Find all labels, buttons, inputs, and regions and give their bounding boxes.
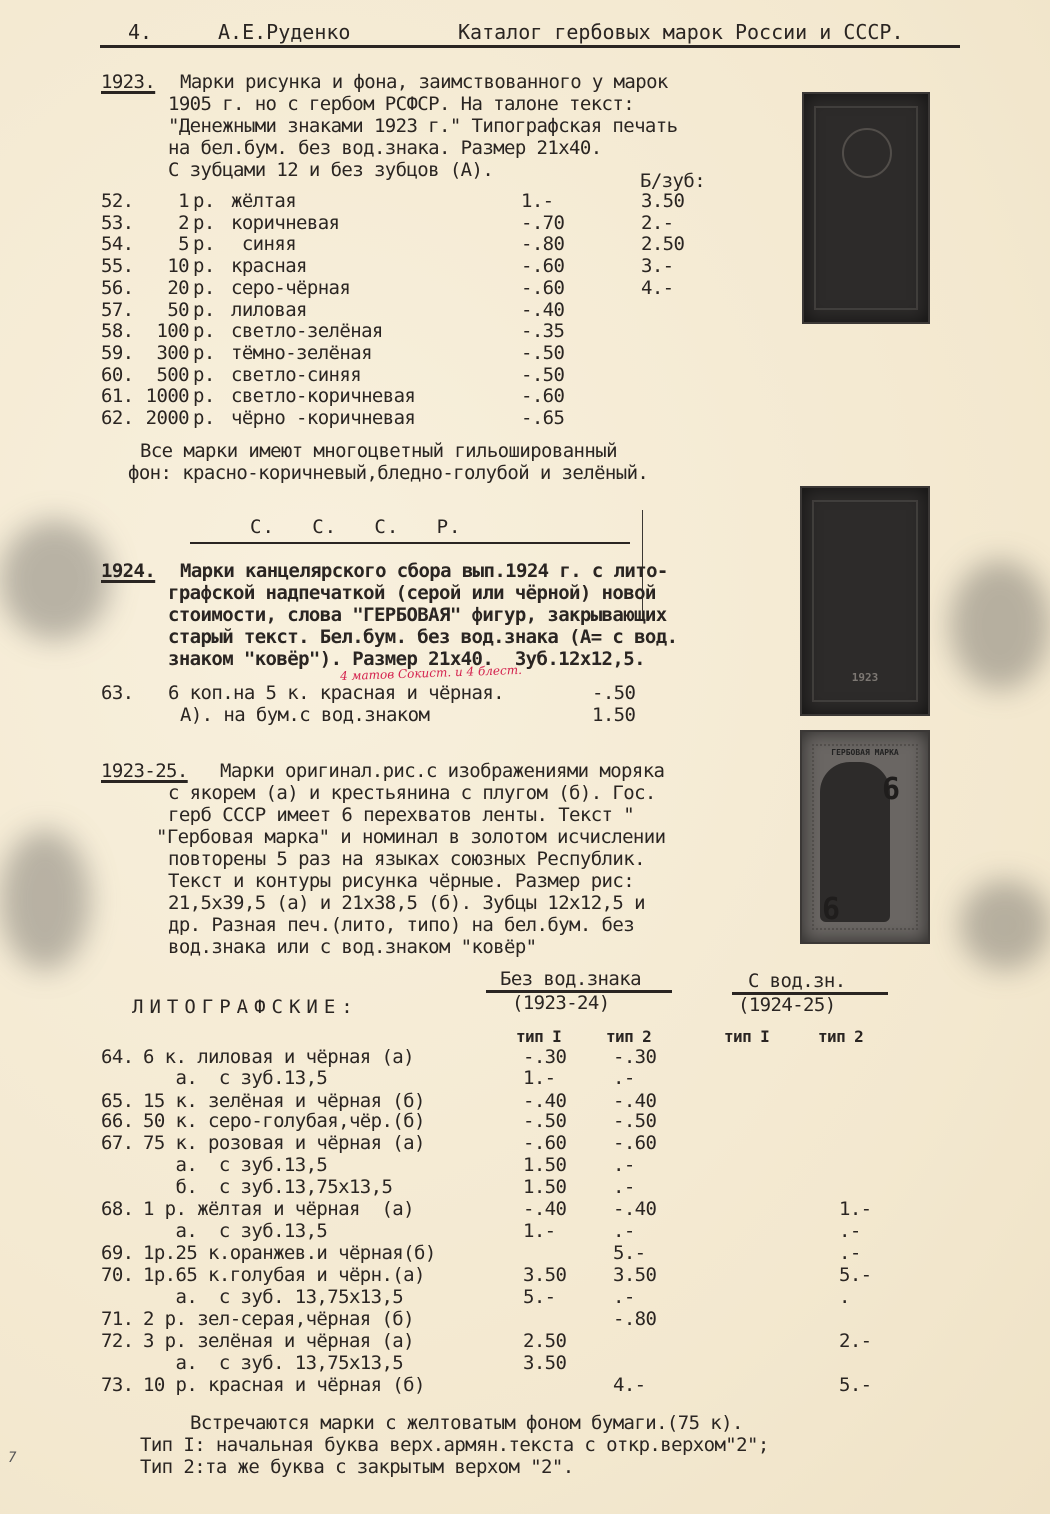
section-1923-25-description-cont: с якорем (а) и крестьянина с плугом (б).…	[168, 782, 656, 826]
section-1923-25-description-cont3: повторены 5 раз на языках союзных Респуб…	[168, 848, 645, 958]
item-unit: р.	[193, 212, 215, 234]
price-no-wmk-type1: 5.-	[523, 1286, 556, 1308]
item-color: чёрно -коричневая	[231, 407, 415, 429]
description-line: 1905 г. но с гербом РСФСР. На талоне тек…	[168, 93, 677, 115]
item-unit: р.	[193, 342, 215, 364]
group-no-watermark-years: (1923-24)	[512, 992, 610, 1014]
price-imperforate: 3.-	[641, 255, 674, 277]
price-no-wmk-type2: 5.-	[613, 1242, 646, 1264]
row-description: 1р.25 к.оранжев.и чёрная(б)	[143, 1242, 436, 1264]
price-no-wmk-type2: .-	[613, 1067, 635, 1089]
description-line: герб СССР имеет 6 перехватов ленты. Текс…	[168, 804, 656, 826]
price-imperforate: 2.-	[641, 212, 674, 234]
section-1923-description: Марки рисунка и фона, заимствованного у …	[180, 71, 668, 93]
price-no-wmk-type2: -.80	[613, 1308, 656, 1330]
item-color: жёлтая	[231, 190, 296, 212]
item-unit: р.	[193, 407, 215, 429]
price-no-wmk-type2: 3.50	[613, 1264, 656, 1286]
price-no-wmk-type1: 3.50	[523, 1352, 566, 1374]
scan-smudge	[0, 830, 90, 970]
price-perforated: -.80	[521, 233, 564, 255]
row-description: а. с зуб. 13,75х13,5	[143, 1352, 403, 1374]
item-unit: р.	[193, 299, 215, 321]
row-number: 72.	[101, 1330, 134, 1352]
row-description: 1 р. жёлтая и чёрная (а)	[143, 1198, 414, 1220]
price-perforated: -.70	[521, 212, 564, 234]
description-line: "Денежными знаками 1923 г." Типографская…	[168, 115, 677, 137]
price-imperforate: 4.-	[641, 277, 674, 299]
section-year-1923-25: 1923-25.	[101, 760, 188, 782]
page-title: Каталог гербовых марок России и СССР.	[458, 20, 904, 44]
item-denomination: 500	[129, 364, 189, 386]
price-no-wmk-type1: 2.50	[523, 1330, 566, 1352]
description-line: с якорем (а) и крестьянина с плугом (б).…	[168, 782, 656, 804]
price-perforated: -.40	[521, 299, 564, 321]
row-number: 68.	[101, 1198, 134, 1220]
item-color: коричневая	[231, 212, 339, 234]
group-watermark-title: С вод.зн.	[748, 970, 846, 992]
price-no-wmk-type2: -.30	[613, 1046, 656, 1068]
stamp-caption: ГЕРБОВАЯ МАРКА	[816, 748, 914, 757]
scan-smudge	[960, 880, 1050, 970]
row-number: 65.	[101, 1090, 134, 1112]
price-no-wmk-type1: 1.-	[523, 1220, 556, 1242]
item-description: 6 коп.на 5 к. красная и чёрная.	[168, 682, 504, 704]
description-line: повторены 5 раз на языках союзных Респуб…	[168, 848, 645, 870]
description-line: старый текст. Бел.бум. без вод.знака (А=…	[168, 626, 677, 648]
item-denomination: 10	[129, 255, 189, 277]
row-description: 75 к. розовая и чёрная (а)	[143, 1132, 425, 1154]
price-perforated: -.60	[521, 255, 564, 277]
row-description: б. с зуб.13,75х13,5	[143, 1176, 392, 1198]
row-number: 73.	[101, 1374, 134, 1396]
item-description: А). на бум.с вод.знаком	[180, 704, 429, 726]
price-wmk-type2: .-	[839, 1220, 861, 1242]
description-line: Марки рисунка и фона, заимствованного у …	[180, 71, 668, 93]
price-perforated: 1.-	[521, 190, 554, 212]
item-denomination: 1	[129, 190, 189, 212]
footnote: Тип 2:та же буква с закрытым верхом "2".	[140, 1456, 574, 1478]
item-denomination: 50	[129, 299, 189, 321]
row-number: 69.	[101, 1242, 134, 1264]
description-line: вод.знака или с вод.знаком "ковёр"	[168, 936, 645, 958]
description-line: графской надпечаткой (серой или чёрной) …	[168, 582, 677, 604]
row-description: 6 к. лиловая и чёрная (а)	[143, 1046, 414, 1068]
stamp-value: 6	[822, 892, 840, 927]
item-denomination: 20	[129, 277, 189, 299]
stamp-image-1923	[802, 92, 930, 324]
footnote: Тип I: начальная буква верх.армян.текста…	[140, 1434, 769, 1456]
price-no-wmk-type2: -.50	[613, 1110, 656, 1132]
price-no-wmk-type1: 3.50	[523, 1264, 566, 1286]
author: А.Е.Руденко	[218, 20, 350, 44]
row-description: 1р.65 к.голубая и чёрн.(а)	[143, 1264, 425, 1286]
price-no-wmk-type1: 1.50	[523, 1176, 566, 1198]
scan-smudge	[0, 520, 110, 640]
row-description: а. с зуб.13,5	[143, 1154, 327, 1176]
row-number: 67.	[101, 1132, 134, 1154]
note-line: фон: красно-коричневый,бледно-голубой и …	[128, 462, 648, 484]
price-no-wmk-type2: -.40	[613, 1198, 656, 1220]
price-perforated: -.35	[521, 320, 564, 342]
price-perforated: -.60	[521, 385, 564, 407]
page-number: 4.	[128, 20, 152, 44]
row-description: а. с зуб. 13,75х13,5	[143, 1286, 403, 1308]
item-denomination: 2000	[129, 407, 189, 429]
imperf-header: Б/зуб:	[640, 170, 705, 192]
description-line: Марки оригинал.рис.с изображениями моряк…	[220, 760, 664, 782]
item-unit: р.	[193, 385, 215, 407]
price-perforated: -.50	[521, 364, 564, 386]
item-number: 63.	[101, 682, 134, 704]
type-header: тип I	[516, 1026, 561, 1048]
item-color: серо-чёрная	[231, 277, 350, 299]
price-no-wmk-type2: -.60	[613, 1132, 656, 1154]
group-watermark-years: (1924-25)	[738, 994, 836, 1016]
price-perforated: -.60	[521, 277, 564, 299]
coat-of-arms-icon	[842, 128, 892, 178]
litho-label: ЛИТОГРАФСКИЕ:	[132, 996, 359, 1018]
price-no-wmk-type2: .-	[613, 1286, 635, 1308]
item-color: лиловая	[231, 299, 307, 321]
row-description: 3 р. зелёная и чёрная (а)	[143, 1330, 414, 1352]
item-denomination: 5	[129, 233, 189, 255]
price-no-wmk-type1: -.50	[523, 1110, 566, 1132]
note-line: Все марки имеют многоцветный гильоширова…	[140, 440, 617, 462]
row-number: 71.	[101, 1308, 134, 1330]
item-unit: р.	[193, 190, 215, 212]
row-description: 50 к. серо-голубая,чёр.(б)	[143, 1110, 425, 1132]
item-unit: р.	[193, 255, 215, 277]
price-no-wmk-type2: .-	[613, 1176, 635, 1198]
section-1924-description-cont: графской надпечаткой (серой или чёрной) …	[168, 582, 677, 670]
item-color: тёмно-зелёная	[231, 342, 372, 364]
price-no-wmk-type1: -.40	[523, 1090, 566, 1112]
item-unit: р.	[193, 233, 215, 255]
type-header: тип 2	[818, 1026, 863, 1048]
section-year-1924: 1924.	[101, 560, 155, 582]
description-line: Марки канцелярского сбора вып.1924 г. с …	[180, 560, 668, 582]
price-no-wmk-type2: .-	[613, 1220, 635, 1242]
row-description: а. с зуб.13,5	[143, 1220, 327, 1242]
item-denomination: 2	[129, 212, 189, 234]
type-header: тип 2	[606, 1026, 651, 1048]
item-color: светло-зелёная	[231, 320, 383, 342]
price-wmk-type2: 5.-	[839, 1374, 872, 1396]
ussr-heading-rule	[190, 542, 630, 544]
item-denomination: 300	[129, 342, 189, 364]
type-header: тип I	[724, 1026, 769, 1048]
price-wmk-type2: 1.-	[839, 1198, 872, 1220]
price-no-wmk-type2: 4.-	[613, 1374, 646, 1396]
footnote: Встречаются марки с желтоватым фоном бум…	[190, 1412, 743, 1434]
item-unit: р.	[193, 277, 215, 299]
description-line: 21,5х39,5 (а) и 21х38,5 (б). Зубцы 12х12…	[168, 892, 645, 914]
description-line: др. Разная печ.(лито, типо) на бел.бум. …	[168, 914, 645, 936]
price-wmk-type2: .	[839, 1286, 850, 1308]
price-perforated: -.65	[521, 407, 564, 429]
section-year-1923: 1923.	[101, 71, 155, 93]
section-1923-note-cont: фон: красно-коричневый,бледно-голубой и …	[128, 462, 648, 484]
item-color: красная	[231, 255, 307, 277]
row-description: 10 р. красная и чёрная (б)	[143, 1374, 425, 1396]
item-color: светло-коричневая	[231, 385, 415, 407]
price-no-wmk-type1: -.40	[523, 1198, 566, 1220]
row-description: 2 р. зел-серая,чёрная (б)	[143, 1308, 414, 1330]
price-no-wmk-type1: 1.-	[523, 1067, 556, 1089]
price-imperforate: 3.50	[641, 190, 684, 212]
section-1923-25-description: Марки оригинал.рис.с изображениями моряк…	[220, 760, 664, 782]
section-1923-description-cont: 1905 г. но с гербом РСФСР. На талоне тек…	[168, 93, 677, 181]
price-perforated: -.50	[521, 342, 564, 364]
row-number: 66.	[101, 1110, 134, 1132]
row-description: а. с зуб.13,5	[143, 1067, 327, 1089]
description-line: стоимости, слова "ГЕРБОВАЯ" фигур, закры…	[168, 604, 677, 626]
item-denomination: 100	[129, 320, 189, 342]
row-description: 15 к. зелёная и чёрная (б)	[143, 1090, 425, 1112]
item-color: светло-синяя	[231, 364, 361, 386]
item-unit: р.	[193, 320, 215, 342]
stamp-caption: 1923	[816, 671, 914, 684]
item-price: 1.50	[592, 704, 635, 726]
row-number: 70.	[101, 1264, 134, 1286]
price-wmk-type2: .-	[839, 1242, 861, 1264]
item-denomination: 1000	[129, 385, 189, 407]
description-line: на бел.бум. без вод.знака. Размер 21х40.	[168, 137, 677, 159]
price-imperforate: 2.50	[641, 233, 684, 255]
stamp-image-1923-25: ГЕРБОВАЯ МАРКА 6 6	[800, 730, 930, 944]
group-no-watermark-title: Без вод.знака	[500, 968, 641, 990]
document-page: 4. А.Е.Руденко Каталог гербовых марок Ро…	[0, 0, 1050, 1514]
header-rule	[100, 45, 960, 48]
stamp-image-1924: 1923	[800, 486, 930, 716]
description-line: Текст и контуры рисунка чёрные. Размер р…	[168, 870, 645, 892]
item-color: синяя	[231, 233, 296, 255]
scan-smudge	[950, 560, 1050, 690]
ussr-heading: С. С. С. Р.	[250, 516, 461, 538]
item-unit: р.	[193, 364, 215, 386]
section-1923-note: Все марки имеют многоцветный гильоширова…	[140, 440, 617, 462]
price-wmk-type2: 5.-	[839, 1264, 872, 1286]
section-1924-description: Марки канцелярского сбора вып.1924 г. с …	[180, 560, 668, 582]
price-no-wmk-type1: -.60	[523, 1132, 566, 1154]
margin-mark: 7	[8, 1450, 16, 1466]
description-line: "Гербовая марка" и номинал в золотом исч…	[156, 826, 665, 848]
stamp-value: 6	[882, 772, 900, 807]
price-wmk-type2: 2.-	[839, 1330, 872, 1352]
item-price: -.50	[592, 682, 635, 704]
section-1923-25-description-cont2: "Гербовая марка" и номинал в золотом исч…	[156, 826, 665, 848]
price-no-wmk-type1: -.30	[523, 1046, 566, 1068]
description-line: С зубцами 12 и без зубцов (А).	[168, 159, 677, 181]
price-no-wmk-type2: -.40	[613, 1090, 656, 1112]
row-number: 64.	[101, 1046, 134, 1068]
price-no-wmk-type2: .-	[613, 1154, 635, 1176]
price-no-wmk-type1: 1.50	[523, 1154, 566, 1176]
